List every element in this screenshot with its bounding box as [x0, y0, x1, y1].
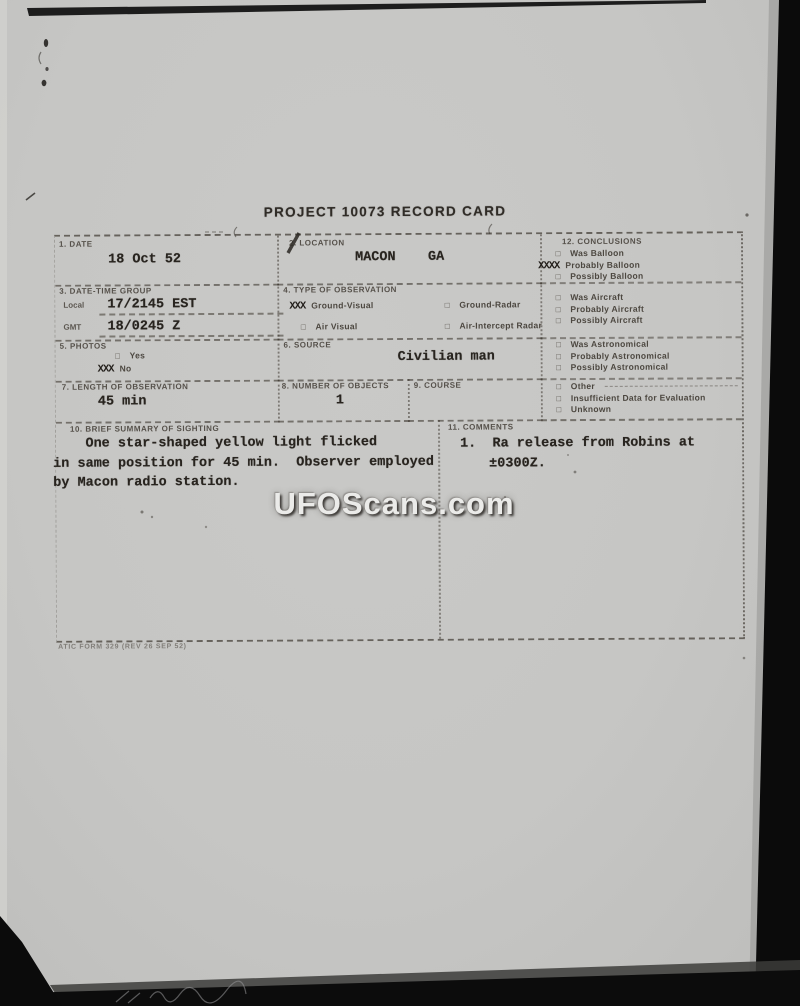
- field-number-label: 8. NUMBER OF OBJECTS: [282, 381, 389, 391]
- datetime-local-row: Local 17/2145 EST: [63, 297, 283, 316]
- field-datetime-group-label: 3. DATE-TIME GROUP: [59, 286, 151, 295]
- checkbox-icon: □: [552, 293, 564, 304]
- conclusion-label: Possibly Astronomical: [571, 362, 669, 373]
- field-date-label: 1. DATE: [59, 240, 93, 249]
- conclusions-group-astronomical: □ Was Astronomical □ Probably Astronomic…: [553, 338, 738, 374]
- field-date-value: 18 Oct 52: [108, 252, 181, 267]
- observation-option: □ Air-Intercept Radar: [441, 320, 542, 331]
- observation-option-label: Ground-Visual: [311, 300, 373, 310]
- scan-top-edge: [27, 0, 706, 16]
- local-value: 17/2145 EST: [99, 297, 283, 316]
- conclusions-group-other: □ Other □ Insufficient Data for Evaluati…: [553, 380, 738, 416]
- local-label: Local: [63, 301, 93, 310]
- field-number-value: 1: [336, 393, 344, 408]
- conclusion-label: Probably Balloon: [565, 259, 640, 270]
- ink-specks: [26, 39, 49, 200]
- conclusion-item: □ Was Balloon: [552, 247, 737, 260]
- conclusion-item: XXXX Probably Balloon: [552, 259, 737, 272]
- checkbox-icon: □: [112, 351, 124, 360]
- field-datetime-group: 3. DATE-TIME GROUP Local 17/2145 EST GMT…: [55, 284, 279, 342]
- observation-option: XXX Ground-Visual: [289, 300, 441, 313]
- ruled-line: [605, 385, 738, 387]
- xxx-overstrike-mark: XXX: [289, 300, 305, 312]
- photos-option-no: XXX No: [98, 363, 132, 375]
- conclusion-label: Insufficient Data for Evaluation: [571, 392, 706, 403]
- field-conclusions-label: 12. CONCLUSIONS: [562, 237, 642, 246]
- field-location-label: 2. LOCATION: [289, 238, 345, 247]
- field-source-value: Civilian man: [398, 350, 495, 366]
- conclusion-label: Possibly Balloon: [570, 271, 643, 282]
- checkbox-icon: □: [297, 322, 309, 331]
- conclusion-item: □ Insufficient Data for Evaluation: [553, 392, 738, 405]
- datetime-gmt-row: GMT 18/0245 Z: [63, 319, 283, 338]
- conclusion-label: Probably Aircraft: [570, 303, 644, 314]
- field-course-label: 9. COURSE: [414, 381, 462, 390]
- checkbox-icon: □: [552, 305, 564, 316]
- summary-line: in same position for 45 min. Observer em…: [53, 452, 434, 473]
- checkbox-icon: □: [553, 394, 565, 405]
- observation-option-label: Air-Intercept Radar: [459, 320, 542, 330]
- field-brief-summary: 10. BRIEF SUMMARY OF SIGHTING One star-s…: [56, 420, 441, 641]
- conclusions-divider: [540, 281, 741, 284]
- conclusion-item: □ Probably Aircraft: [552, 303, 737, 316]
- checkbox-icon: □: [553, 352, 565, 363]
- conclusion-item: □ Was Aircraft: [552, 291, 737, 304]
- conclusion-item: □ Probably Astronomical: [553, 350, 738, 363]
- card-title: PROJECT 10073 RECORD CARD: [54, 202, 716, 220]
- checkbox-icon: □: [553, 382, 565, 393]
- checkbox-icon: □: [552, 249, 564, 260]
- xxx-overstrike-mark: XXX: [98, 363, 114, 375]
- scanned-paper: PROJECT 10073 RECORD CARD 1. DATE 18 Oct…: [0, 0, 800, 1006]
- conclusions-group-aircraft: □ Was Aircraft □ Probably Aircraft □ Pos…: [552, 291, 737, 327]
- comments-line: ±0300Z.: [489, 453, 695, 474]
- conclusion-item: □ Possibly Aircraft: [552, 314, 737, 327]
- field-photos-label: 5. PHOTOS: [60, 342, 107, 351]
- checkbox-icon: □: [553, 340, 565, 351]
- field-number-of-objects: 8. NUMBER OF OBJECTS 1: [278, 379, 410, 423]
- conclusion-label: Was Aircraft: [570, 292, 623, 303]
- conclusion-label: Probably Astronomical: [571, 350, 670, 361]
- field-source-label: 6. SOURCE: [284, 340, 332, 349]
- photos-option-label: No: [120, 363, 132, 373]
- photos-option-yes: □ Yes: [112, 350, 146, 360]
- field-photos: 5. PHOTOS □ Yes XXX No: [56, 339, 280, 383]
- field-course: 9. COURSE: [408, 378, 543, 422]
- field-location: 2. LOCATION MACON GA: [277, 234, 542, 285]
- conclusion-label: Unknown: [571, 404, 611, 415]
- field-length-of-observation: 7. LENGTH OF OBSERVATION 45 min: [56, 380, 280, 424]
- field-conclusions: 12. CONCLUSIONS □ Was Balloon XXXX Proba…: [540, 233, 742, 421]
- conclusion-label: Possibly Aircraft: [570, 315, 642, 326]
- field-comments-label: 11. COMMENTS: [448, 422, 514, 431]
- observation-option-label: Ground-Radar: [459, 299, 520, 309]
- record-card-table: 1. DATE 18 Oct 52 2. LOCATION MACON GA 1…: [54, 231, 745, 643]
- gmt-label: GMT: [63, 323, 93, 332]
- field-length-value: 45 min: [98, 394, 147, 409]
- field-location-value: MACON GA: [355, 250, 444, 265]
- checkbox-icon: □: [441, 301, 453, 310]
- field-date: 1. DATE 18 Oct 52: [55, 236, 279, 287]
- conclusion-item: □ Possibly Astronomical: [553, 361, 738, 374]
- handwriting-scribble: [116, 981, 246, 1003]
- conclusion-item: □ Other: [553, 380, 738, 393]
- summary-line: One star-shaped yellow light flicked: [53, 433, 434, 454]
- conclusion-item: □ Was Astronomical: [553, 338, 738, 351]
- comments-line: 1. Ra release from Robins at: [460, 433, 695, 454]
- photos-option-label: Yes: [130, 350, 146, 360]
- conclusion-item: □ Unknown: [553, 403, 738, 416]
- field-length-label: 7. LENGTH OF OBSERVATION: [62, 382, 189, 392]
- bottom-left-corner-shadow: [0, 916, 62, 1006]
- scan-bottom-edge: [0, 970, 800, 1006]
- form-number: ATIC FORM 329 (REV 26 SEP 52): [58, 643, 187, 651]
- observation-option: □ Ground-Radar: [441, 299, 542, 312]
- bottom-edge-shadow: [50, 960, 800, 993]
- conclusion-label: Other: [571, 381, 595, 392]
- conclusions-group-balloon: □ Was Balloon XXXX Probably Balloon □ Po…: [552, 247, 737, 283]
- summary-text: One star-shaped yellow light flicked in …: [53, 433, 434, 493]
- observation-option-label: Air Visual: [315, 321, 357, 331]
- observation-options: XXX Ground-Visual □ Ground-Radar □ Air V…: [289, 299, 542, 331]
- checkbox-icon: □: [553, 405, 565, 416]
- conclusion-label: Was Astronomical: [571, 339, 649, 350]
- watermark: UFOScans.com: [0, 486, 788, 522]
- conclusion-label: Was Balloon: [570, 248, 624, 259]
- field-type-of-observation: 4. TYPE OF OBSERVATION XXX Ground-Visual…: [277, 282, 542, 340]
- checkbox-icon: □: [553, 363, 565, 374]
- field-source: 6. SOURCE Civilian man: [278, 337, 543, 381]
- gmt-value: 18/0245 Z: [99, 319, 283, 338]
- field-summary-label: 10. BRIEF SUMMARY OF SIGHTING: [70, 424, 219, 434]
- checkbox-icon: □: [552, 316, 564, 327]
- checkbox-icon: □: [441, 322, 453, 331]
- record-card: PROJECT 10073 RECORD CARD 1. DATE 18 Oct…: [54, 198, 746, 664]
- observation-option: □ Air Visual: [297, 321, 441, 332]
- field-comments: 11. COMMENTS 1. Ra release from Robins a…: [438, 418, 743, 639]
- xxxx-overstrike-mark: XXXX: [538, 261, 559, 272]
- field-type-of-observation-label: 4. TYPE OF OBSERVATION: [283, 285, 397, 295]
- comments-text: 1. Ra release from Robins at ±0300Z.: [460, 433, 695, 473]
